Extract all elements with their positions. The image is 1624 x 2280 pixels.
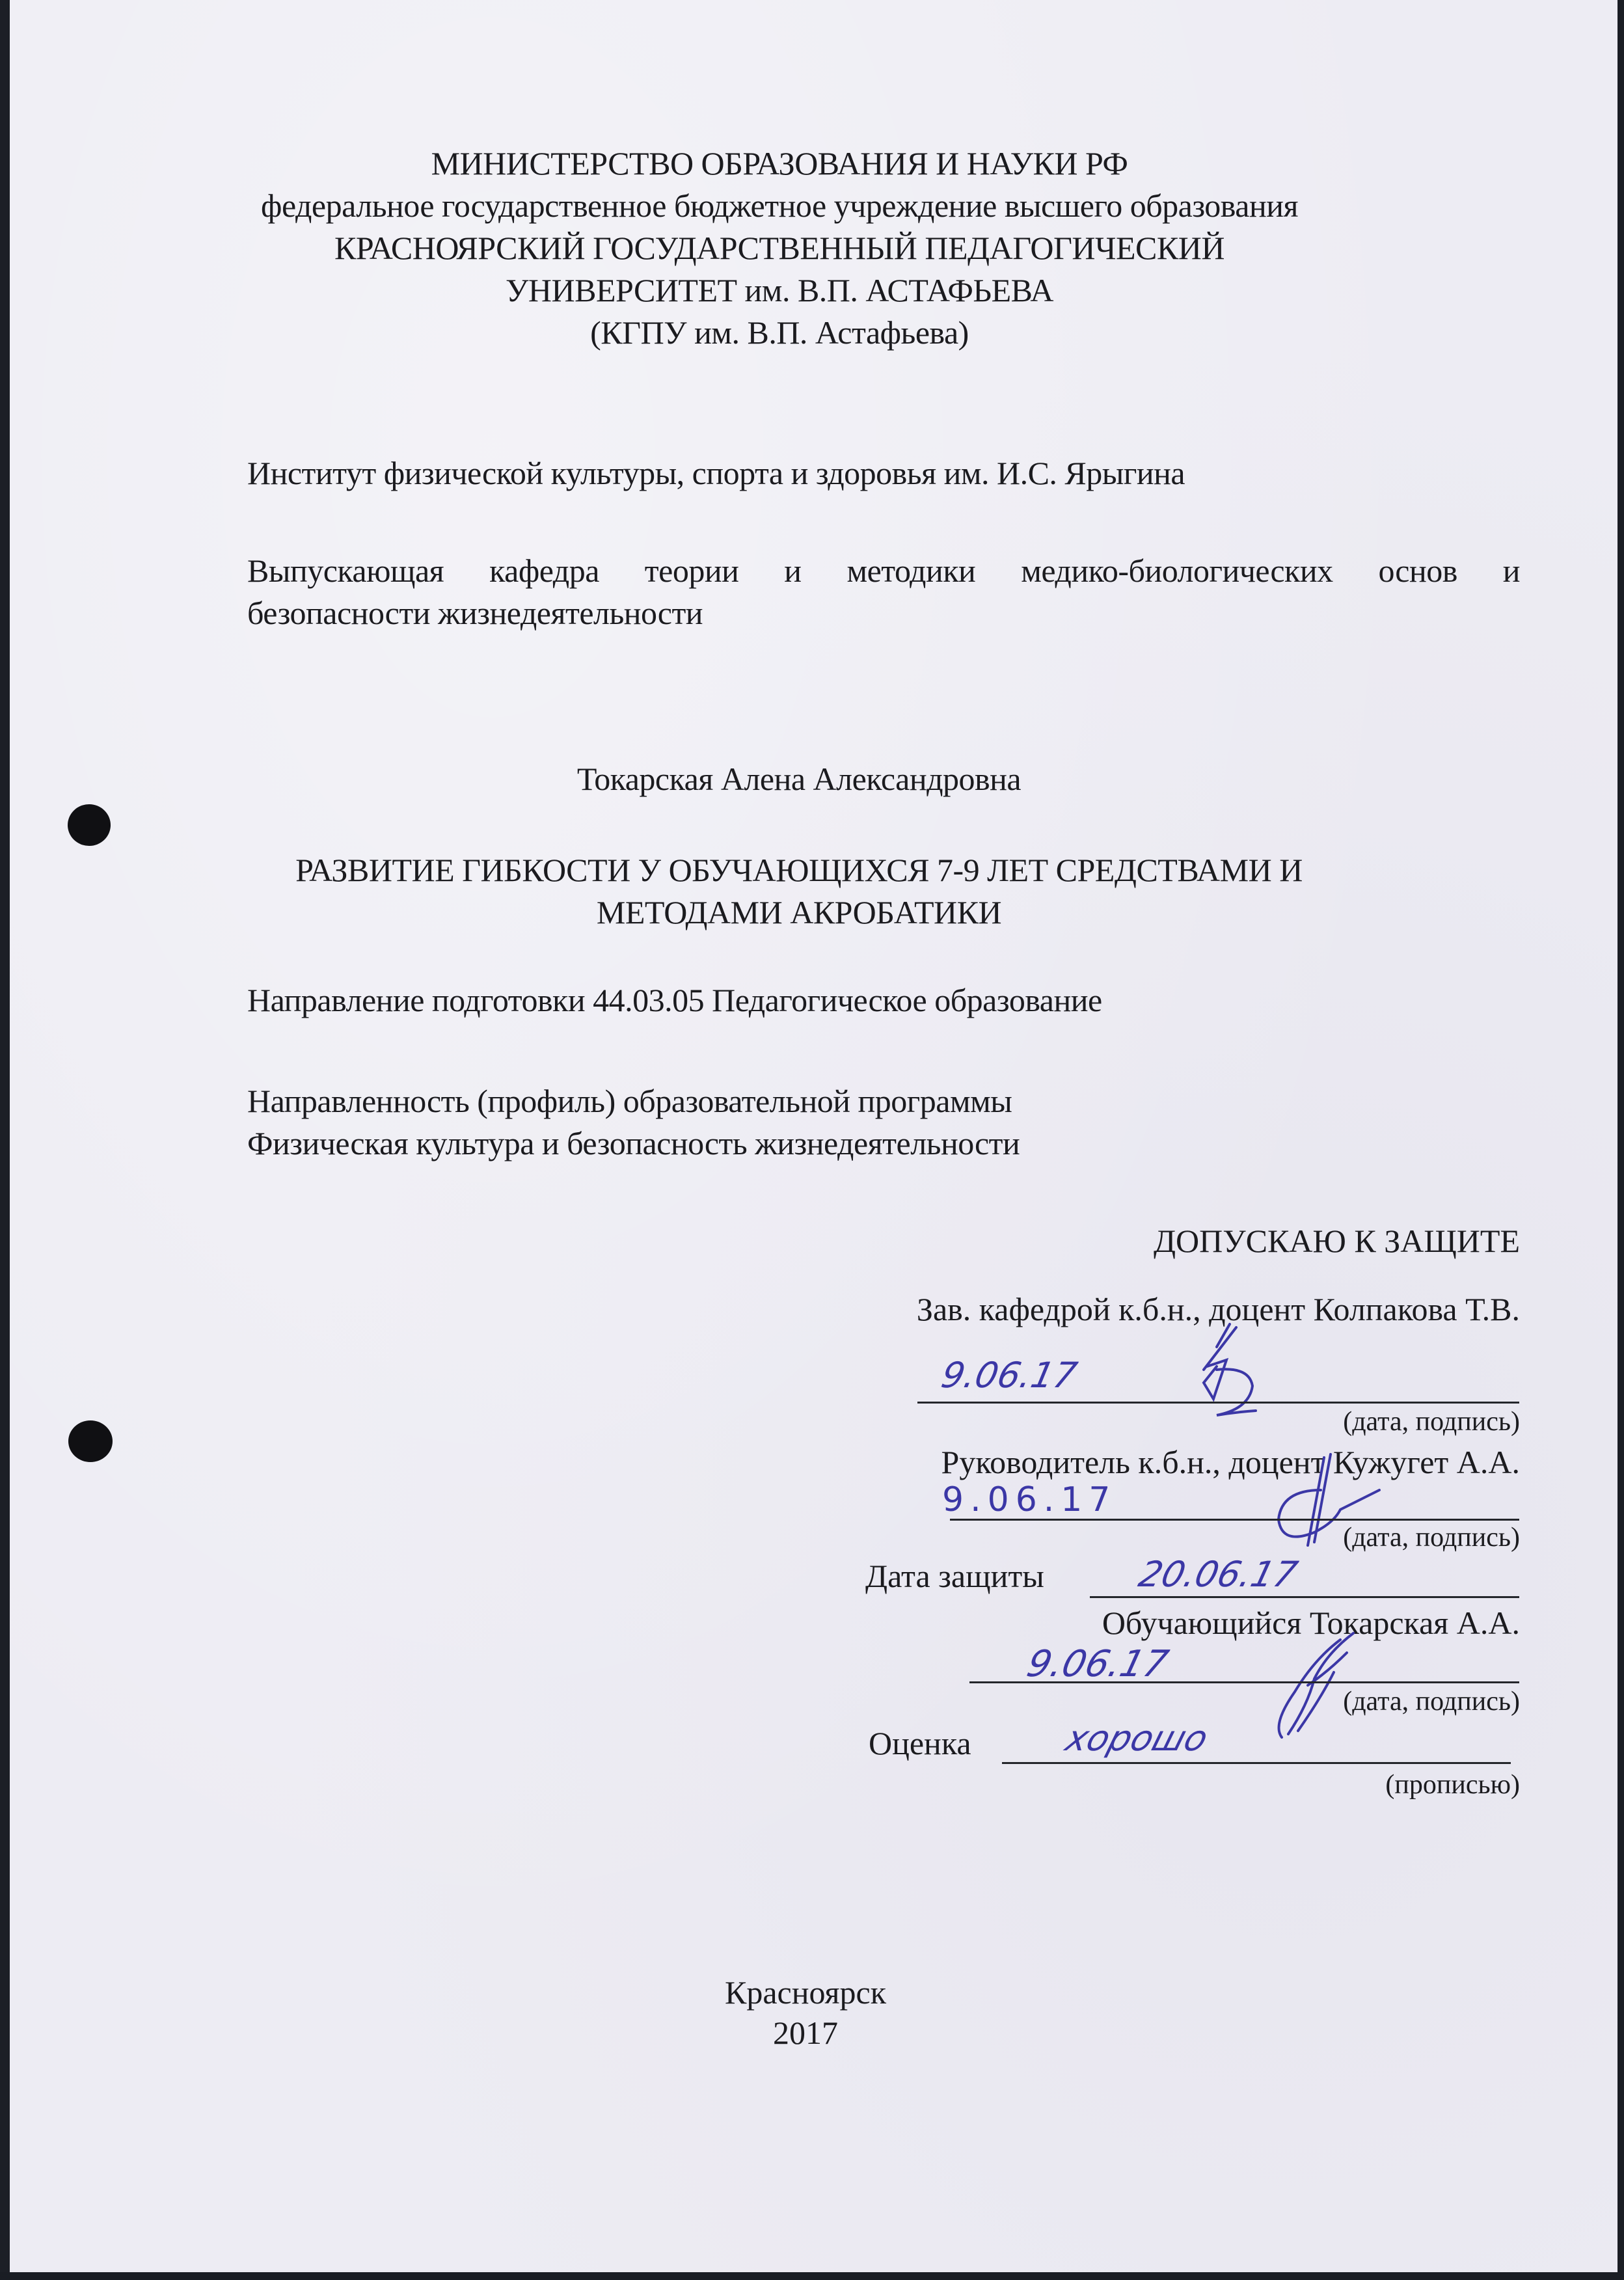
student-signature-line: [969, 1681, 1519, 1683]
supervisor: Руководитель к.б.н., доцент Кужугет А.А.: [941, 1443, 1520, 1481]
punch-hole-bottom: [68, 1420, 113, 1462]
approval-heading: ДОПУСКАЮ К ЗАЩИТЕ: [1154, 1222, 1520, 1260]
student-date-handwritten: 9.06.17: [1023, 1643, 1172, 1685]
university-name-line1: КРАСНОЯРСКИЙ ГОСУДАРСТВЕННЫЙ ПЕДАГОГИЧЕС…: [0, 229, 1591, 267]
city: Красноярск: [0, 1974, 1617, 2011]
defense-date-handwritten: 20.06.17: [1135, 1554, 1301, 1595]
defense-date-line: [1090, 1596, 1519, 1598]
head-signature-line: [917, 1402, 1519, 1404]
thesis-title-line2: МЕТОДАМИ АКРОБАТИКИ: [0, 893, 1611, 931]
grade-in-words-caption: (прописью): [1385, 1769, 1520, 1801]
thesis-title-line1: РАЗВИТИЕ ГИБКОСТИ У ОБУЧАЮЩИХСЯ 7-9 ЛЕТ …: [0, 851, 1611, 889]
grade-handwritten: хорошо: [1061, 1718, 1213, 1759]
supervisor-date-handwritten: 9.06.17: [942, 1480, 1116, 1519]
program-profile-label: Направленность (профиль) образовательной…: [247, 1082, 1012, 1120]
scan-border-bottom: [0, 2272, 1624, 2280]
ministry-name: МИНИСТЕРСТВО ОБРАЗОВАНИЯ И НАУКИ РФ: [0, 144, 1591, 182]
supervisor-date-signature-caption: (дата, подпись): [1343, 1521, 1520, 1554]
university-short-name: (КГПУ им. В.П. Астафьева): [0, 314, 1591, 351]
university-name-line2: УНИВЕРСИТЕТ им. В.П. АСТАФЬЕВА: [0, 271, 1591, 309]
grade-label: Оценка: [869, 1724, 971, 1762]
department-line1: Выпускающая кафедра теории и методики ме…: [247, 552, 1520, 590]
author-name: Токарская Алена Александровна: [0, 760, 1611, 798]
year: 2017: [0, 2014, 1617, 2052]
punch-hole-top: [68, 804, 111, 846]
institution-type: федеральное государственное бюджетное уч…: [0, 187, 1591, 224]
department-line2: безопасности жизнедеятельности: [247, 594, 703, 632]
head-signature: [1191, 1321, 1308, 1418]
program-profile-value: Физическая культура и безопасность жизне…: [247, 1124, 1020, 1162]
student-date-signature-caption: (дата, подпись): [1343, 1685, 1520, 1718]
head-date-handwritten: 9.06.17: [938, 1355, 1081, 1396]
head-date-signature-caption: (дата, подпись): [1343, 1405, 1520, 1438]
supervisor-signature-line: [950, 1519, 1519, 1521]
scan-border-right: [1617, 0, 1624, 2280]
grade-line: [1002, 1762, 1511, 1764]
program-direction: Направление подготовки 44.03.05 Педагоги…: [247, 981, 1102, 1019]
institute-name: Институт физической культуры, спорта и з…: [247, 454, 1185, 492]
defense-date-label: Дата защиты: [865, 1557, 1044, 1595]
